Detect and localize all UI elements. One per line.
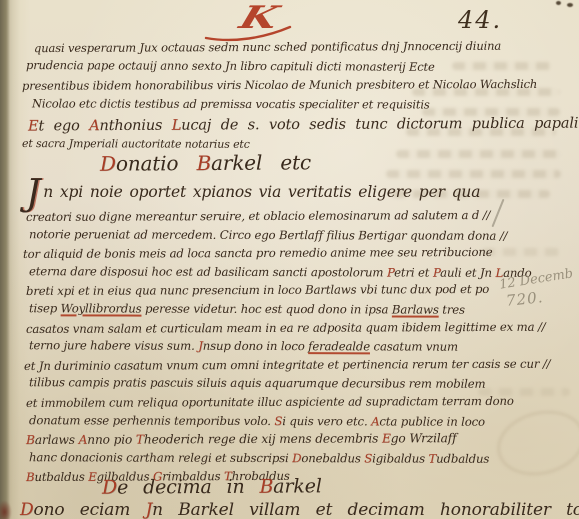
manuscript-line: tisep Woyllibrordus peresse videtur. hoc… — [29, 299, 486, 319]
manuscript-text: tres — [439, 303, 465, 317]
manuscript-line: et immobilem cum reliqua oportunitate il… — [26, 392, 486, 413]
manuscript-text: nno pio — [87, 433, 136, 447]
manuscript-line: prudencia pape octauij anno sexto Jn lib… — [26, 56, 466, 77]
rubricated-capital: E — [28, 118, 39, 134]
manuscript-text: cta publice in loco — [379, 414, 485, 428]
manuscript-text: et sacra Jmperiali auctoritate notarius … — [22, 137, 250, 151]
manuscript-text: eterna dare disposui hoc est ad basilica… — [29, 264, 387, 279]
manuscript-text: breti xpi et in eius qua nunc presencium… — [26, 282, 489, 298]
rubricated-capital: D — [102, 477, 117, 499]
rubricated-capital: D — [100, 152, 116, 176]
rubricated-capital: A — [89, 118, 99, 134]
bleedthrough-mark — [482, 248, 560, 256]
charter-body-paragraph: creatori suo digne mereantur seruire, et… — [26, 207, 486, 486]
manuscript-text: casatum vnum — [370, 340, 458, 354]
manuscript-text: tor aliquid de bonis meis ad loca sancta… — [23, 245, 493, 261]
manuscript-text: i quis vero etc. — [282, 414, 371, 428]
red-underlined-word: Woyllibrordus — [61, 301, 142, 315]
manuscript-text: creatori suo digne mereantur seruire, et… — [26, 208, 490, 224]
manuscript-text: nsup dono in loco — [203, 339, 308, 353]
manuscript-line: De decima in Barkel — [102, 475, 322, 498]
manuscript-text: casatos vnam salam et curticulam meam in… — [26, 319, 546, 335]
manuscript-text: presentibus ibidem honorabilibus viris N… — [22, 77, 537, 93]
binding-gutter — [0, 0, 10, 519]
manuscript-text: auli et Jn — [440, 265, 495, 279]
rubricated-capital: E — [382, 432, 391, 446]
manuscript-line: Et ego Anthonius Lucaj de s. voto sedis … — [28, 114, 578, 137]
rubricated-capital: L — [172, 118, 182, 134]
rubricated-capital: B — [196, 151, 211, 175]
manuscript-text: et Jn duriminio casatum vnum cum omni in… — [24, 356, 550, 372]
manuscript-line: Jn xpi noie oportet xpianos via veritati… — [26, 183, 480, 201]
red-underlined-word: feradealde — [308, 339, 370, 353]
red-underlined-word: Barlaws — [392, 302, 439, 316]
manuscript-text: utbaldus — [34, 470, 88, 484]
manuscript-text: go Wrzilaff — [391, 431, 457, 445]
cutoff-last-line: Dono eciam Jn Barkel villam et decimam h… — [20, 500, 579, 519]
rubricated-capital: B — [26, 433, 35, 447]
manuscript-text: onebaldus — [301, 451, 364, 465]
manuscript-text: tilibus campis pratis pascuis siluis aqu… — [29, 376, 486, 392]
bleedthrough-ring — [491, 402, 579, 483]
rubricated-capital: E — [88, 470, 96, 484]
manuscript-text: n Barkel villam et decimam honorabiliter… — [152, 500, 579, 519]
manuscript-line: quasi vesperarum Jux octauas sedm nunc s… — [34, 37, 466, 58]
bleedthrough-mark — [386, 170, 561, 178]
rubricated-capital: T — [136, 433, 144, 447]
manuscript-text: onatio — [116, 151, 197, 176]
manuscript-text: arkel etc — [211, 150, 311, 175]
manuscript-text: donatum esse perhennis temporibus volo. — [29, 413, 274, 428]
manuscript-text: ono eciam — [33, 500, 145, 519]
manuscript-page: K 44. quasi vesperarum Jux octauas sedm … — [0, 0, 579, 519]
manuscript-line: casatos vnam salam et curticulam meam in… — [26, 318, 486, 339]
rubric-heading-decima: De decima in Barkel — [102, 475, 322, 498]
manuscript-line: et Jn duriminio casatum vnum cum omni in… — [24, 355, 486, 376]
manuscript-text: Nicolao etc dictis testibus ad premissa … — [32, 96, 430, 111]
manuscript-line: hanc donacionis cartham relegi et subscr… — [29, 448, 486, 468]
manuscript-line: tor aliquid de bonis meis ad loca sancta… — [23, 243, 486, 264]
manuscript-text: terno jure habere visus sum. — [29, 338, 198, 353]
pencil-slash-mark — [491, 199, 504, 228]
bleedthrough-mark — [452, 62, 552, 70]
protocol-paragraph: quasi vesperarum Jux octauas sedm nunc s… — [26, 38, 466, 114]
manuscript-text: nthonius — [99, 118, 171, 134]
manuscript-line: donatum esse perhennis temporibus volo. … — [29, 411, 486, 431]
manuscript-text: tisep — [29, 301, 61, 315]
manuscript-text: udbaldus — [436, 451, 489, 465]
manuscript-text: arkel — [273, 475, 322, 497]
manuscript-text: e decima in — [117, 476, 259, 499]
notarial-subscription: Et ego Anthonius Lucaj de s. voto sedis … — [28, 115, 578, 155]
manuscript-text: heoderich rege die xij mens decembris — [144, 432, 382, 447]
manuscript-text: hanc donacionis cartham relegi et subscr… — [29, 450, 292, 465]
manuscript-text: t ego — [38, 118, 89, 134]
manuscript-text: quasi vesperarum Jux octauas sedm nunc s… — [34, 39, 501, 55]
manuscript-line: breti xpi et in eius qua nunc presencium… — [26, 280, 486, 301]
next-initial-fragment — [0, 500, 12, 519]
manuscript-text: notorie perueniat ad mercedem. Circo ego… — [29, 227, 507, 243]
manuscript-line: tilibus campis pratis pascuis siluis aqu… — [29, 374, 486, 394]
manuscript-line: creatori suo digne mereantur seruire, et… — [26, 206, 486, 227]
manuscript-line: Dono eciam Jn Barkel villam et decimam h… — [20, 500, 579, 519]
rubricated-capital: D — [20, 500, 33, 519]
manuscript-text: prudencia pape octauij anno sexto Jn lib… — [26, 58, 435, 74]
manuscript-text: igibaldus — [372, 451, 428, 465]
manuscript-text: arlaws — [35, 433, 79, 447]
manuscript-text: ucaj de s. voto sedis tunc dictorum publ… — [181, 116, 578, 134]
manuscript-line: Donatio Barkel etc — [100, 150, 311, 175]
rubricated-capital: A — [79, 433, 88, 447]
manuscript-line: Nicolao etc dictis testibus ad premissa … — [32, 94, 466, 114]
pencil-year-note: 720. — [505, 288, 544, 310]
charter-opening-line: Jn xpi noie oportet xpianos via veritati… — [26, 183, 480, 201]
manuscript-text: n xpi noie oportet xpianos via veritatis… — [43, 183, 480, 201]
manuscript-line: eterna dare disposui hoc est ad basilica… — [29, 262, 486, 282]
manuscript-line: notorie perueniat ad mercedem. Circo ego… — [29, 225, 486, 245]
manuscript-line: presentibus ibidem honorabilibus viris N… — [22, 75, 466, 96]
rubricated-capital: B — [259, 476, 273, 498]
manuscript-text: etri et — [394, 265, 433, 279]
edge-ink-mark — [567, 3, 573, 7]
folio-number: 44. — [458, 6, 502, 34]
manuscript-line: terno jure habere visus sum. Jnsup dono … — [29, 336, 486, 356]
rubric-heading-donatio: Donatio Barkel etc — [100, 150, 311, 175]
manuscript-text: et immobilem cum reliqua oportunitate il… — [26, 394, 514, 410]
edge-ink-mark — [556, 1, 561, 5]
manuscript-text: peresse videtur. hoc est quod dono in ip… — [141, 302, 391, 317]
manuscript-line: Barlaws Anno pio Theoderich rege die xij… — [26, 429, 486, 450]
